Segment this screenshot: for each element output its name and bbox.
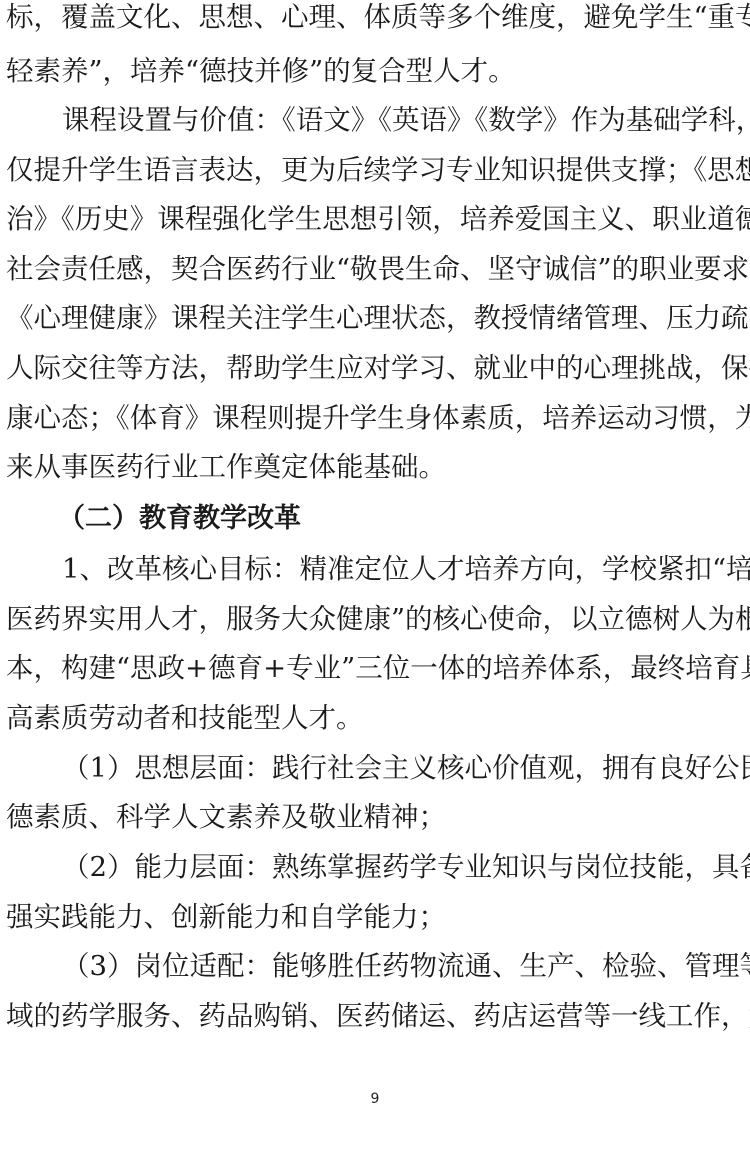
page-number: 9: [0, 1089, 750, 1109]
paragraph-reform-goal-start: 1、改革核心目标：精准定位人才培养方向，学校紧扣“培养: [62, 549, 748, 589]
body-text-line: 康心态；《体育》课程则提升学生身体素质，培养运动习惯，为未: [6, 398, 748, 438]
body-text-line: 高素质劳动者和技能型人才。: [6, 698, 748, 738]
body-text-line: 仅提升学生语言表达，更为后续学习专业知识提供支撑；《思想政: [6, 150, 748, 190]
body-text-line: 治》《历史》课程强化学生思想引领，培养爱国主义、职业道德与: [6, 199, 748, 239]
body-text-line: 人际交往等方法，帮助学生应对学习、就业中的心理挑战，保持健: [6, 348, 748, 388]
body-text-line: 域的药学服务、药品购销、医药储运、药店运营等一线工作，实现: [6, 996, 748, 1036]
body-text-line: 来从事医药行业工作奠定体能基础。: [6, 447, 748, 487]
list-item-ideology: （1）思想层面：践行社会主义核心价值观，拥有良好公民道: [62, 748, 748, 788]
body-text-line: 《心理健康》课程关注学生心理状态，教授情绪管理、压力疏导、: [6, 298, 748, 338]
list-item-ability: （2）能力层面：熟练掌握药学专业知识与岗位技能，具备较: [62, 847, 748, 887]
list-item-job-fit: （3）岗位适配：能够胜任药物流通、生产、检验、管理等领: [62, 946, 748, 986]
body-text-line: 社会责任感，契合医药行业“敬畏生命、坚守诚信”的职业要求；: [6, 249, 748, 289]
body-text-line: 医药界实用人才，服务大众健康”的核心使命，以立德树人为根: [6, 599, 748, 639]
body-text-line: 标，覆盖文化、思想、心理、体质等多个维度，避免学生“重专业、: [6, 0, 748, 37]
paragraph-course-settings-start: 课程设置与价值：《语文》《英语》《数学》作为基础学科，不: [62, 100, 748, 140]
body-text-line: 本，构建“思政+德育+专业”三位一体的培养体系，最终培育具备: [6, 648, 748, 688]
body-text-line: 德素质、科学人文素养及敬业精神；: [6, 797, 748, 837]
body-text-line: 轻素养”，培养“德技并修”的复合型人才。: [6, 51, 748, 91]
body-text-line: 强实践能力、创新能力和自学能力；: [6, 897, 748, 937]
section-heading: （二）教育教学改革: [58, 499, 458, 539]
document-page: 标，覆盖文化、思想、心理、体质等多个维度，避免学生“重专业、 轻素养”，培养“德…: [0, 0, 750, 1154]
